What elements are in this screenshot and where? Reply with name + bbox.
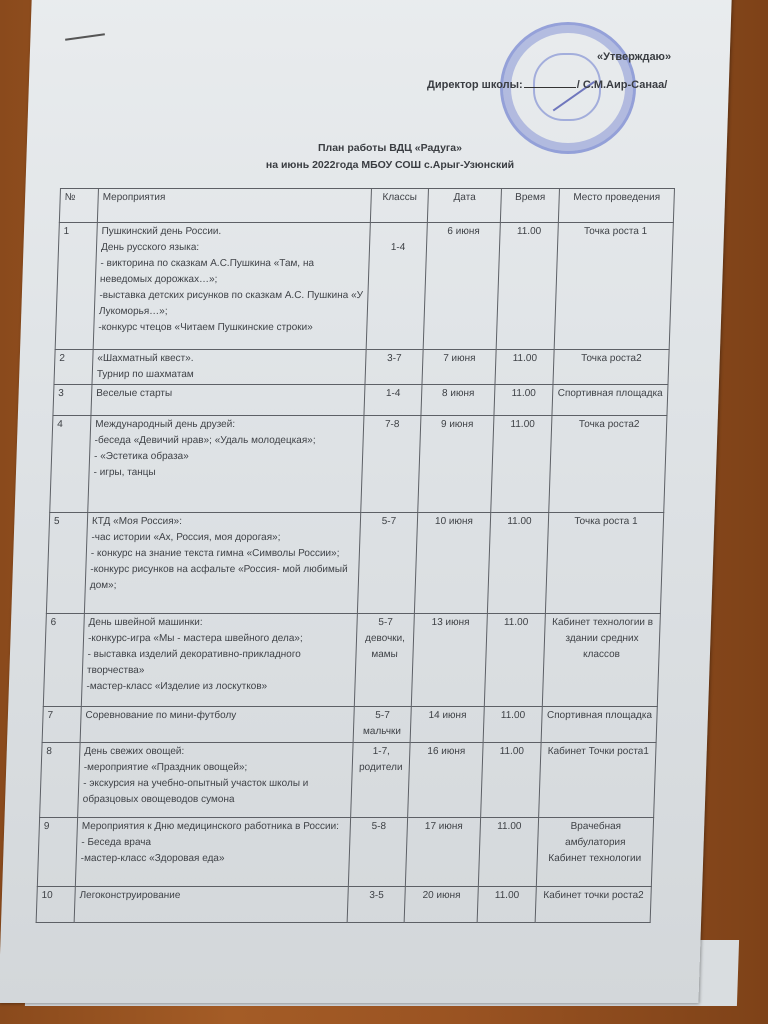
- title-line-1: План работы ВДЦ «Радуга»: [230, 140, 550, 157]
- director-signature-line: Директор школы:/ С.М.Аир-Санаа/: [427, 79, 667, 91]
- row-time: 11.00: [483, 707, 542, 743]
- header-place: Место проведения: [558, 189, 674, 223]
- signature-blank: [524, 87, 576, 88]
- row-place: Спортивная площадка: [541, 707, 657, 743]
- row-date: 9 июня: [418, 416, 494, 513]
- schedule-table: № Мероприятия Классы Дата Время Место пр…: [36, 188, 675, 923]
- row-place: Врачебная амбулатория Кабинет технологии: [536, 818, 653, 887]
- row-number: 3: [53, 385, 92, 416]
- row-classes: 1-4: [366, 223, 427, 350]
- row-time: 11.00: [478, 818, 538, 887]
- row-time: 11.00: [477, 887, 536, 923]
- header-date: Дата: [427, 189, 501, 223]
- table-row: 8День свежих овощей: -мероприятие «Празд…: [40, 743, 656, 818]
- row-place: Спортивная площадка: [552, 385, 668, 416]
- row-place: Точка роста2: [553, 350, 669, 385]
- row-classes: 7-8: [361, 416, 421, 513]
- row-activity: Международный день друзей: -беседа «Деви…: [88, 416, 364, 513]
- row-place: Точка роста 1: [545, 513, 663, 614]
- row-time: 11.00: [494, 385, 553, 416]
- table-row: 7Соревнование по мини-футболу5-7 мальчки…: [42, 707, 657, 743]
- row-number: 8: [40, 743, 80, 818]
- header-classes: Классы: [370, 189, 428, 223]
- row-number: 2: [54, 350, 93, 385]
- title-line-2: на июнь 2022года МБОУ СОШ с.Арыг-Узюнски…: [230, 157, 550, 174]
- header-activity: Мероприятия: [97, 189, 371, 223]
- row-date: 7 июня: [422, 350, 496, 385]
- row-time: 11.00: [481, 743, 541, 818]
- row-activity: День свежих овощей: -мероприятие «Праздн…: [78, 743, 353, 818]
- row-place: Кабинет точки роста2: [535, 887, 651, 923]
- row-date: 16 июня: [408, 743, 483, 818]
- row-classes: 5-7: [357, 513, 417, 614]
- row-time: 11.00: [491, 416, 552, 513]
- row-date: 8 июня: [421, 385, 495, 416]
- row-date: 20 июня: [404, 887, 478, 923]
- row-number: 5: [46, 513, 87, 614]
- table-row: 6День швейной машинки: -конкурс-игра «Мы…: [43, 614, 660, 707]
- row-classes: 3-5: [347, 887, 405, 923]
- row-place: Точка роста2: [549, 416, 667, 513]
- table-row: 5КТД «Моя Россия»: -час истории «Ах, Рос…: [46, 513, 663, 614]
- row-date: 6 июня: [423, 223, 500, 350]
- row-number: 7: [42, 707, 81, 743]
- row-date: 14 июня: [410, 707, 484, 743]
- row-date: 10 июня: [414, 513, 490, 614]
- row-activity: «Шахматный квест». Турнир по шахматам: [92, 350, 366, 385]
- document-title: План работы ВДЦ «Радуга» на июнь 2022год…: [230, 140, 550, 174]
- row-place: Точка роста 1: [554, 223, 673, 350]
- table-row: 1Пушкинский день России. День русского я…: [55, 223, 673, 350]
- director-label: Директор школы:: [427, 79, 523, 91]
- header-time: Время: [500, 189, 559, 223]
- row-activity: Веселые старты: [91, 385, 365, 416]
- table-row: 9Мероприятия к Дню медицинского работник…: [37, 818, 653, 887]
- row-classes: 1-7, родители: [351, 743, 410, 818]
- table-row: 3Веселые старты1-48 июня11.00Спортивная …: [53, 385, 668, 416]
- row-time: 11.00: [496, 223, 558, 350]
- row-activity: КТД «Моя Россия»: -час истории «Ах, Росс…: [84, 513, 360, 614]
- row-number: 6: [43, 614, 84, 707]
- row-number: 10: [36, 887, 75, 923]
- table-row: 4Международный день друзей: -беседа «Дев…: [50, 416, 667, 513]
- table-header-row: № Мероприятия Классы Дата Время Место пр…: [59, 189, 674, 223]
- header-number: №: [59, 189, 98, 223]
- table-row: 2«Шахматный квест». Турнир по шахматам3-…: [54, 350, 669, 385]
- row-time: 11.00: [487, 513, 548, 614]
- row-classes: 5-8: [348, 818, 407, 887]
- document-content: «Утверждаю» Директор школы:/ С.М.Аир-Сан…: [0, 0, 768, 1024]
- row-classes: 3-7: [365, 350, 423, 385]
- row-activity: Пушкинский день России. День русского яз…: [93, 223, 370, 350]
- director-name: / С.М.Аир-Санаа/: [577, 79, 668, 91]
- row-activity: Мероприятия к Дню медицинского работника…: [75, 818, 350, 887]
- row-classes: 5-7 мальчки: [353, 707, 411, 743]
- table-row: 10Легоконструирование3-520 июня11.00Каби…: [36, 887, 651, 923]
- row-number: 1: [55, 223, 97, 350]
- row-time: 11.00: [495, 350, 554, 385]
- row-number: 4: [50, 416, 91, 513]
- row-classes: 1-4: [364, 385, 422, 416]
- row-classes: 5-7 девочки, мамы: [354, 614, 414, 707]
- row-time: 11.00: [484, 614, 545, 707]
- row-number: 9: [37, 818, 77, 887]
- row-activity: Соревнование по мини-футболу: [80, 707, 354, 743]
- row-place: Кабинет Точки роста1: [539, 743, 656, 818]
- row-activity: День швейной машинки: -конкурс-игра «Мы …: [81, 614, 357, 707]
- pen-mark: [65, 33, 105, 41]
- row-date: 17 июня: [405, 818, 480, 887]
- row-place: Кабинет технологии в здании средних клас…: [542, 614, 660, 707]
- row-date: 13 июня: [411, 614, 487, 707]
- approval-label: «Утверждаю»: [597, 51, 671, 63]
- row-activity: Легоконструирование: [74, 887, 348, 923]
